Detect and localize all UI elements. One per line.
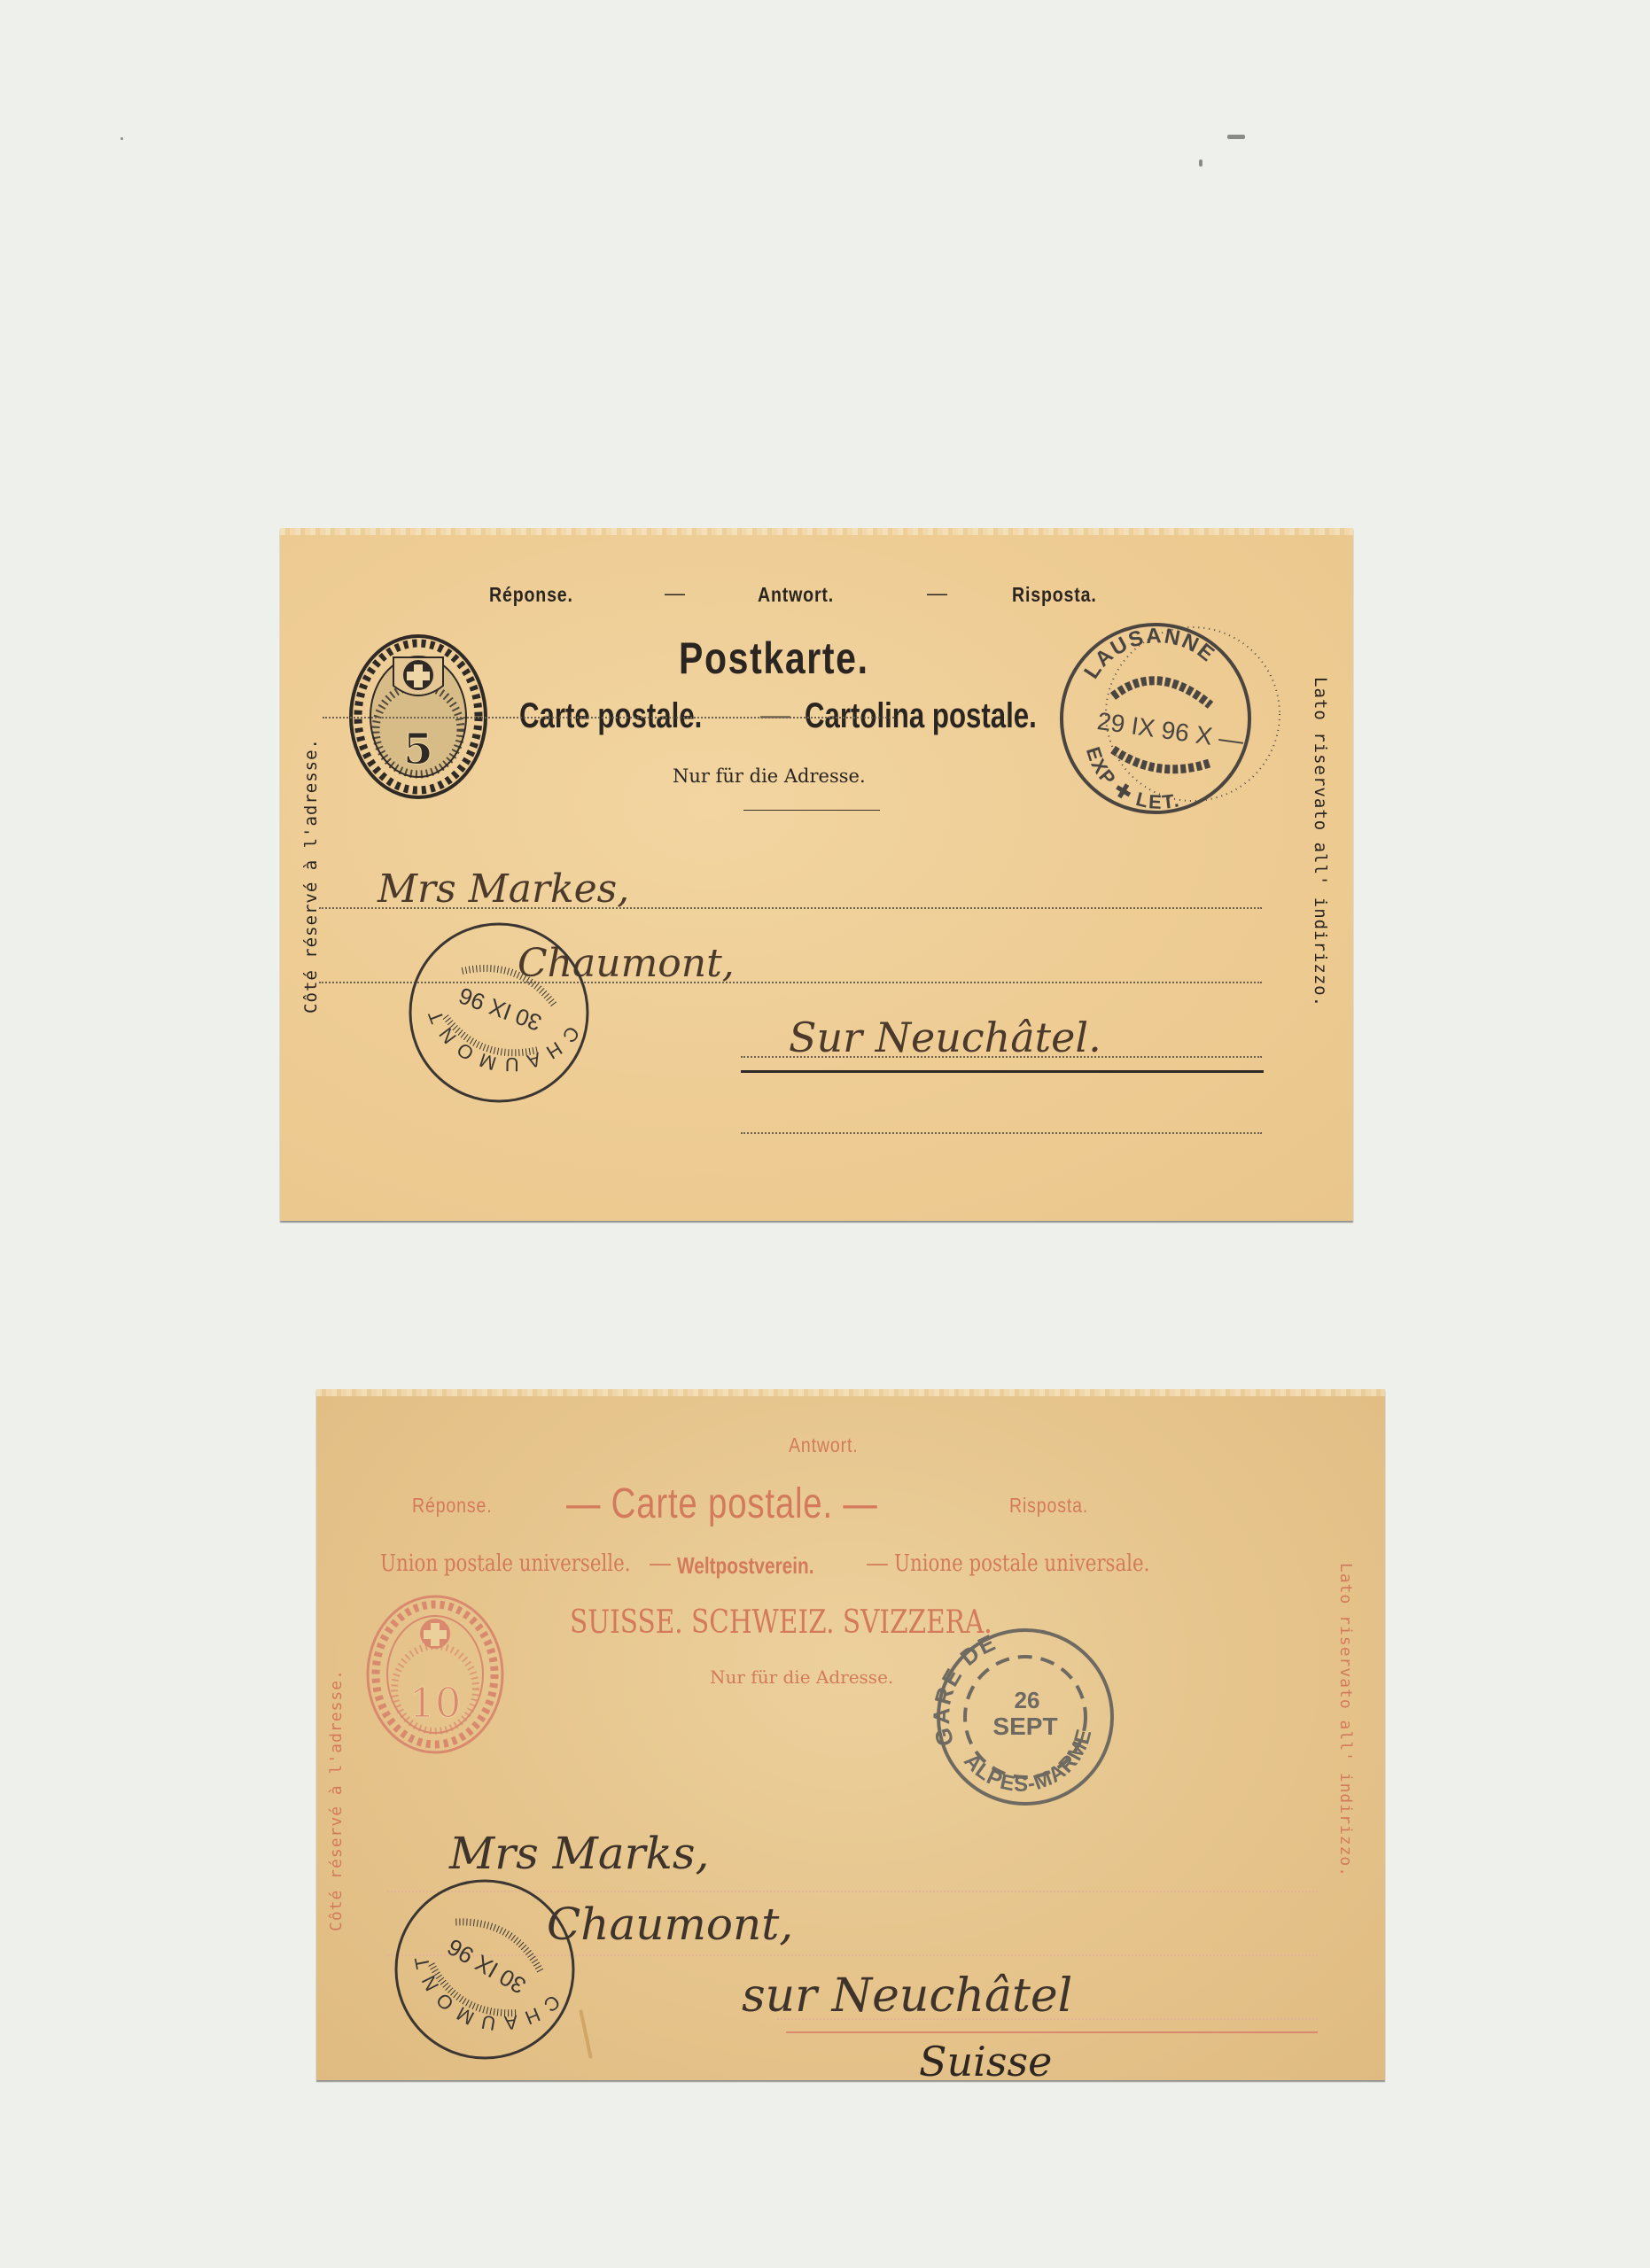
stamp-value: 5 bbox=[403, 725, 432, 774]
address-town: Chaumont, bbox=[547, 1899, 793, 1950]
header-risposta: Risposta. bbox=[1012, 583, 1097, 607]
upu-italian: Unione postale universale. bbox=[894, 1550, 1149, 1577]
header-risposta: Risposta. bbox=[1009, 1494, 1088, 1518]
svg-text:30 IX 96: 30 IX 96 bbox=[455, 983, 545, 1037]
address-region: sur Neuchâtel bbox=[742, 1969, 1072, 2023]
card-title: Postkarte. bbox=[679, 633, 869, 684]
header-dash: — bbox=[927, 581, 947, 605]
divider bbox=[743, 810, 880, 811]
upu-dash: — bbox=[649, 1550, 672, 1577]
postmark-gare-alpes-maritimes: GARE DE 26 SEPT ALPES-MARME bbox=[928, 1619, 1123, 1814]
address-country: Suisse bbox=[919, 2038, 1052, 2080]
upu-german: Weltpostverein. bbox=[677, 1552, 814, 1580]
stain-mark bbox=[579, 2009, 593, 2059]
dust-speck bbox=[1227, 135, 1245, 139]
address-recipient: Mrs Marks, bbox=[449, 1828, 709, 1879]
dust-speck bbox=[121, 137, 123, 140]
svg-text:26: 26 bbox=[1015, 1687, 1040, 1713]
side-text-right: Lato riservato all' indirizzo. bbox=[1311, 677, 1330, 1007]
svg-text:GARE DE: GARE DE bbox=[928, 1628, 1000, 1749]
subtitle-dash: — bbox=[760, 698, 790, 733]
header-antwort: Antwort. bbox=[789, 1433, 859, 1457]
svg-text:29 IX 96 X —: 29 IX 96 X — bbox=[1095, 707, 1245, 755]
address-recipient: Mrs Markes, bbox=[377, 866, 629, 912]
side-text-left: Côté réservé à l'adresse. bbox=[327, 1669, 346, 1931]
postmark-chaumont: CHAUMONT 30 IX 96 bbox=[406, 920, 592, 1106]
svg-text:SEPT: SEPT bbox=[992, 1713, 1057, 1740]
address-region: Sur Neuchâtel. bbox=[789, 1014, 1101, 1061]
address-underline bbox=[741, 1070, 1264, 1073]
torn-edge bbox=[316, 1389, 1385, 1396]
stamp-value: 10 bbox=[409, 1679, 462, 1727]
side-text-left: Côté réservé à l'adresse. bbox=[301, 738, 321, 1014]
address-note: Nur für die Adresse. bbox=[673, 765, 866, 787]
address-note: Nur für die Adresse. bbox=[710, 1666, 893, 1688]
svg-text:CHAUMONT: CHAUMONT bbox=[408, 974, 587, 1100]
upu-french: Union postale universelle. bbox=[380, 1550, 631, 1577]
header-reponse: Réponse. bbox=[489, 583, 573, 607]
postcard-5-centimes: Réponse. — Antwort. — Risposta. Postkart… bbox=[280, 528, 1353, 1221]
postmark-lausanne: LAUSANNE 29 IX 96 X — EXP ✚ LET. bbox=[1060, 617, 1273, 820]
address-line bbox=[323, 717, 894, 718]
svg-text:CHAUMONT: CHAUMONT bbox=[390, 1920, 569, 2067]
header-antwort: Antwort. bbox=[758, 583, 834, 607]
torn-edge bbox=[280, 528, 1353, 535]
dust-speck bbox=[1199, 159, 1202, 167]
postcard-10-centimes: Antwort. Réponse. — Carte postale. — Ris… bbox=[316, 1389, 1385, 2080]
svg-text:EXP ✚ LET.: EXP ✚ LET. bbox=[1082, 744, 1183, 813]
header-dash: — bbox=[665, 581, 685, 605]
side-text-right: Lato riservato all' indirizzo. bbox=[1336, 1563, 1355, 1877]
upu-dash: — bbox=[866, 1550, 889, 1577]
postmark-chaumont: CHAUMONT 30 IX 96 bbox=[392, 1876, 578, 2062]
stamp-10-centimes: 10 bbox=[364, 1593, 506, 1757]
address-line-4 bbox=[741, 1132, 1262, 1134]
address-underline bbox=[786, 2031, 1318, 2033]
svg-text:LAUSANNE: LAUSANNE bbox=[1079, 624, 1220, 683]
header-reponse: Réponse. bbox=[412, 1494, 492, 1518]
card-title: — Carte postale. — bbox=[566, 1480, 878, 1528]
